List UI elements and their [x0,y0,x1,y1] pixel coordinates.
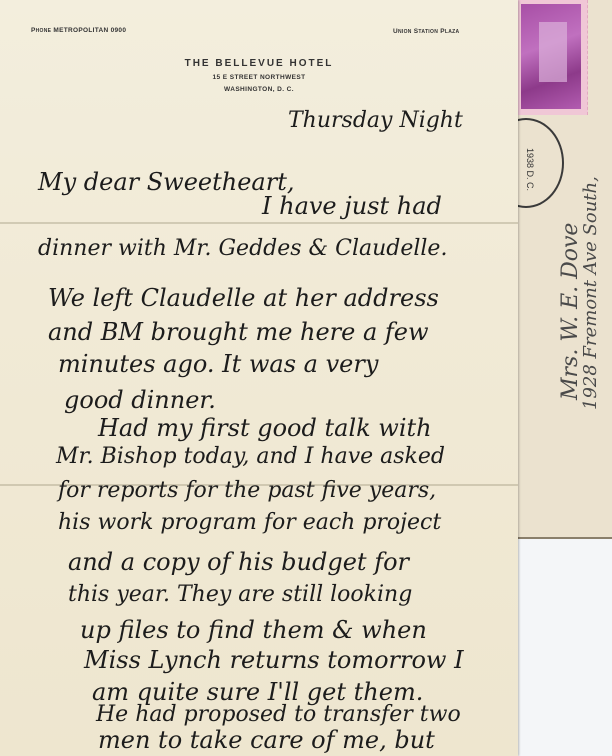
salutation: My dear Sweetheart, [38,168,295,196]
letter-line: Miss Lynch returns tomorrow I [84,646,464,674]
letter-line: up files to find them & when [80,616,427,644]
postmark-place: D. C. [525,171,535,192]
hotel-name: THE BELLEVUE HOTEL [0,58,518,69]
letterhead-location: Union Station Plaza [393,28,459,35]
letter-line: minutes ago. It was a very [58,350,378,378]
letterhead-phone: Phone METROPOLITAN 0900 [31,27,126,34]
letter-line: He had proposed to transfer two [96,702,461,727]
letter-line: for reports for the past five years, [58,478,436,503]
postmark-year: 1938 [525,148,535,168]
hotel-city: WASHINGTON, D. C. [0,86,518,93]
dateline: Thursday Night [288,108,463,133]
letter-line: dinner with Mr. Geddes & Claudelle. [38,236,447,261]
letter-line: his work program for each project [58,510,441,535]
letter-line: I have just had [262,192,442,220]
letter-line: Mr. Bishop today, and I have asked [56,444,445,469]
stamp-building-icon [539,22,567,82]
letter-page: Phone METROPOLITAN 0900 Union Station Pl… [0,0,518,756]
letter-line: We left Claudelle at her address [48,284,439,312]
fold-line [0,222,518,224]
letter-line: this year. They are still looking [68,582,412,607]
letter-line: men to take care of me, but [98,726,435,754]
postmark-text: 1938 D. C. [525,148,535,191]
letter-line: and BM brought me here a few [48,318,429,346]
letter-line: and a copy of his budget for [68,548,409,576]
letter-line: Had my first good talk with [98,414,432,442]
address-street: 1928 Fremont Ave South, [580,176,601,410]
postage-stamp [517,0,588,115]
hotel-street: 15 E STREET NORTHWEST [0,74,518,81]
letter-line: good dinner. [64,386,216,414]
